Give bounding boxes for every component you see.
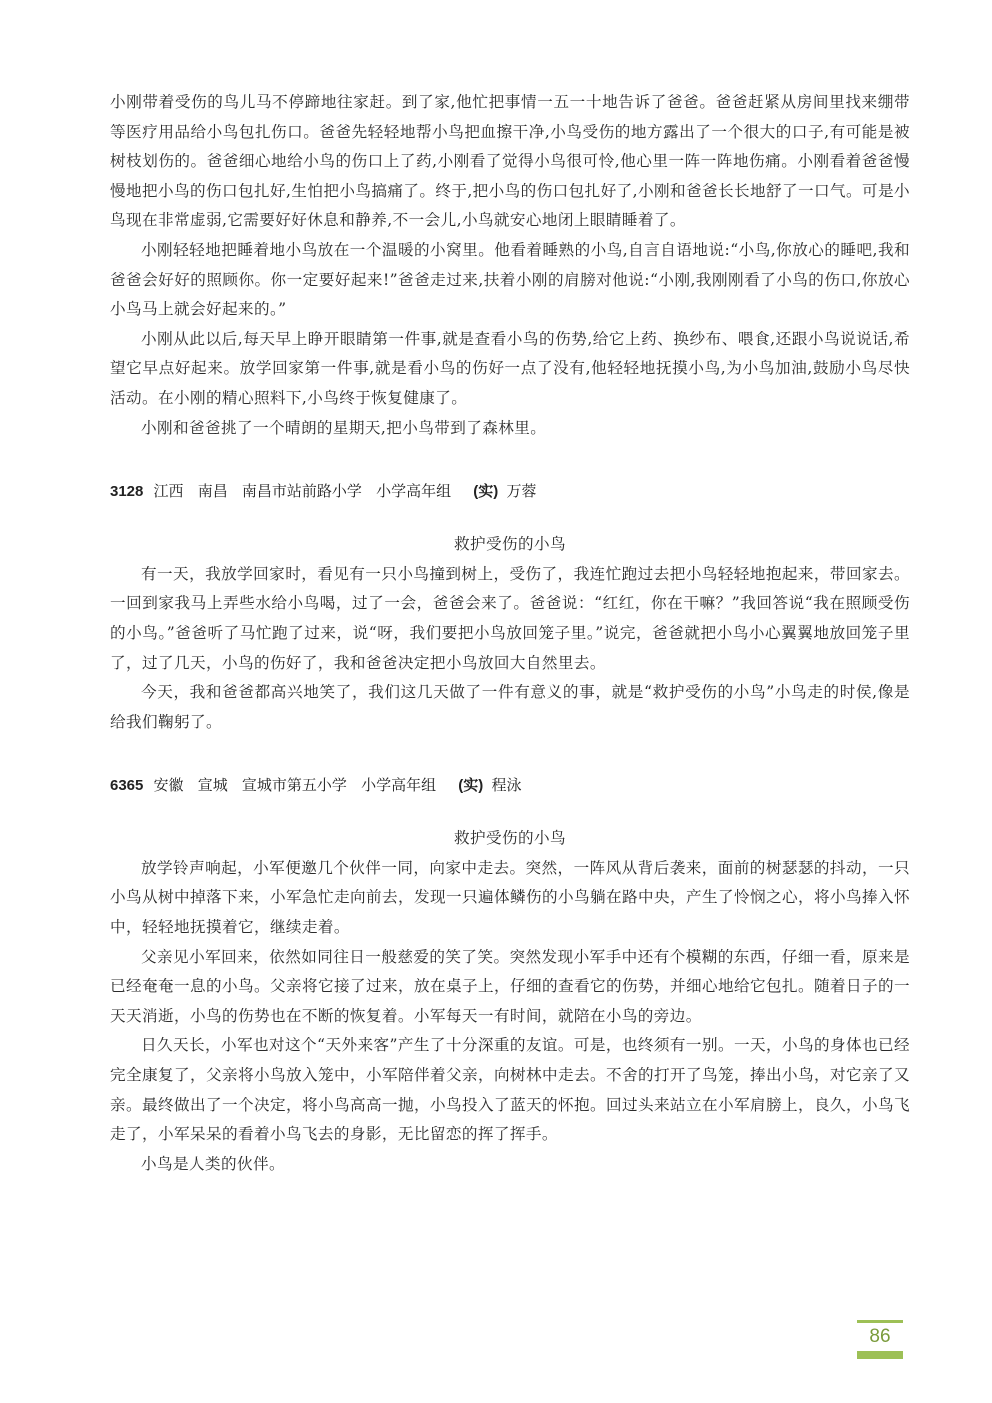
entry-tag: (实)	[473, 483, 498, 500]
paragraph: 日久天长，小军也对这个“天外来客”产生了十分深重的友谊。可是，也终须有一别。一天…	[110, 1031, 910, 1149]
paragraph: 小刚和爸爸挑了一个晴朗的星期天,把小鸟带到了森林里。	[110, 414, 910, 444]
paragraph: 放学铃声响起，小军便邀几个伙伴一同，向家中走去。突然，一阵风从背后袭来，面前的树…	[110, 854, 910, 943]
entry-6365: 6365 安徽 宣城 宣城市第五小学 小学高年组 (实) 程泳 救护受伤的小鸟 …	[110, 771, 910, 1179]
essay-title: 救护受伤的小鸟	[110, 530, 910, 560]
entry-header: 6365 安徽 宣城 宣城市第五小学 小学高年组 (实) 程泳	[110, 771, 910, 800]
entry-author: 万蓉	[506, 483, 536, 500]
paragraph: 有一天，我放学回家时，看见有一只小鸟撞到树上，受伤了，我连忙跑过去把小鸟轻轻地抱…	[110, 560, 910, 678]
document-page: 小刚带着受伤的鸟儿马不停蹄地往家赶。到了家,他忙把事情一五一十地告诉了爸爸。爸爸…	[110, 88, 910, 1179]
entry-id: 6365	[110, 777, 143, 794]
paragraph: 小刚从此以后,每天早上睁开眼睛第一件事,就是查看小鸟的伤势,给它上药、换纱布、喂…	[110, 325, 910, 414]
entry-province: 江西	[154, 483, 184, 500]
spacer	[110, 800, 910, 824]
paragraph: 今天，我和爸爸都高兴地笑了，我们这几天做了一件有意义的事，就是“救护受伤的小鸟”…	[110, 678, 910, 737]
page-number-badge: 86	[857, 1320, 903, 1359]
paragraph: 小刚轻轻地把睡着地小鸟放在一个温暖的小窝里。他看着睡熟的小鸟,自言自语地说:“小…	[110, 236, 910, 325]
essay-title: 救护受伤的小鸟	[110, 824, 910, 854]
paragraph: 小刚带着受伤的鸟儿马不停蹄地往家赶。到了家,他忙把事情一五一十地告诉了爸爸。爸爸…	[110, 88, 910, 236]
page-number: 86	[857, 1323, 903, 1351]
page-number-bottom-bar	[857, 1351, 903, 1359]
entry-city: 南昌	[198, 483, 228, 500]
entry-group: 小学高年组	[361, 777, 436, 794]
spacer	[110, 737, 910, 771]
entry-school: 南昌市站前路小学	[242, 483, 362, 500]
entry-school: 宣城市第五小学	[242, 777, 347, 794]
entry-city: 宣城	[198, 777, 228, 794]
entry-header: 3128 江西 南昌 南昌市站前路小学 小学高年组 (实) 万蓉	[110, 477, 910, 506]
paragraph: 父亲见小军回来，依然如同往日一般慈爱的笑了笑。突然发现小军手中还有个模糊的东西，…	[110, 943, 910, 1032]
entry-province: 安徽	[154, 777, 184, 794]
entry-group: 小学高年组	[376, 483, 451, 500]
paragraph: 小鸟是人类的伙伴。	[110, 1150, 910, 1180]
spacer	[110, 443, 910, 477]
entry-id: 3128	[110, 483, 143, 500]
entry-tag: (实)	[458, 777, 483, 794]
story-continuation: 小刚带着受伤的鸟儿马不停蹄地往家赶。到了家,他忙把事情一五一十地告诉了爸爸。爸爸…	[110, 88, 910, 443]
spacer	[110, 506, 910, 530]
entry-3128: 3128 江西 南昌 南昌市站前路小学 小学高年组 (实) 万蓉 救护受伤的小鸟…	[110, 477, 910, 737]
entry-author: 程泳	[491, 777, 521, 794]
